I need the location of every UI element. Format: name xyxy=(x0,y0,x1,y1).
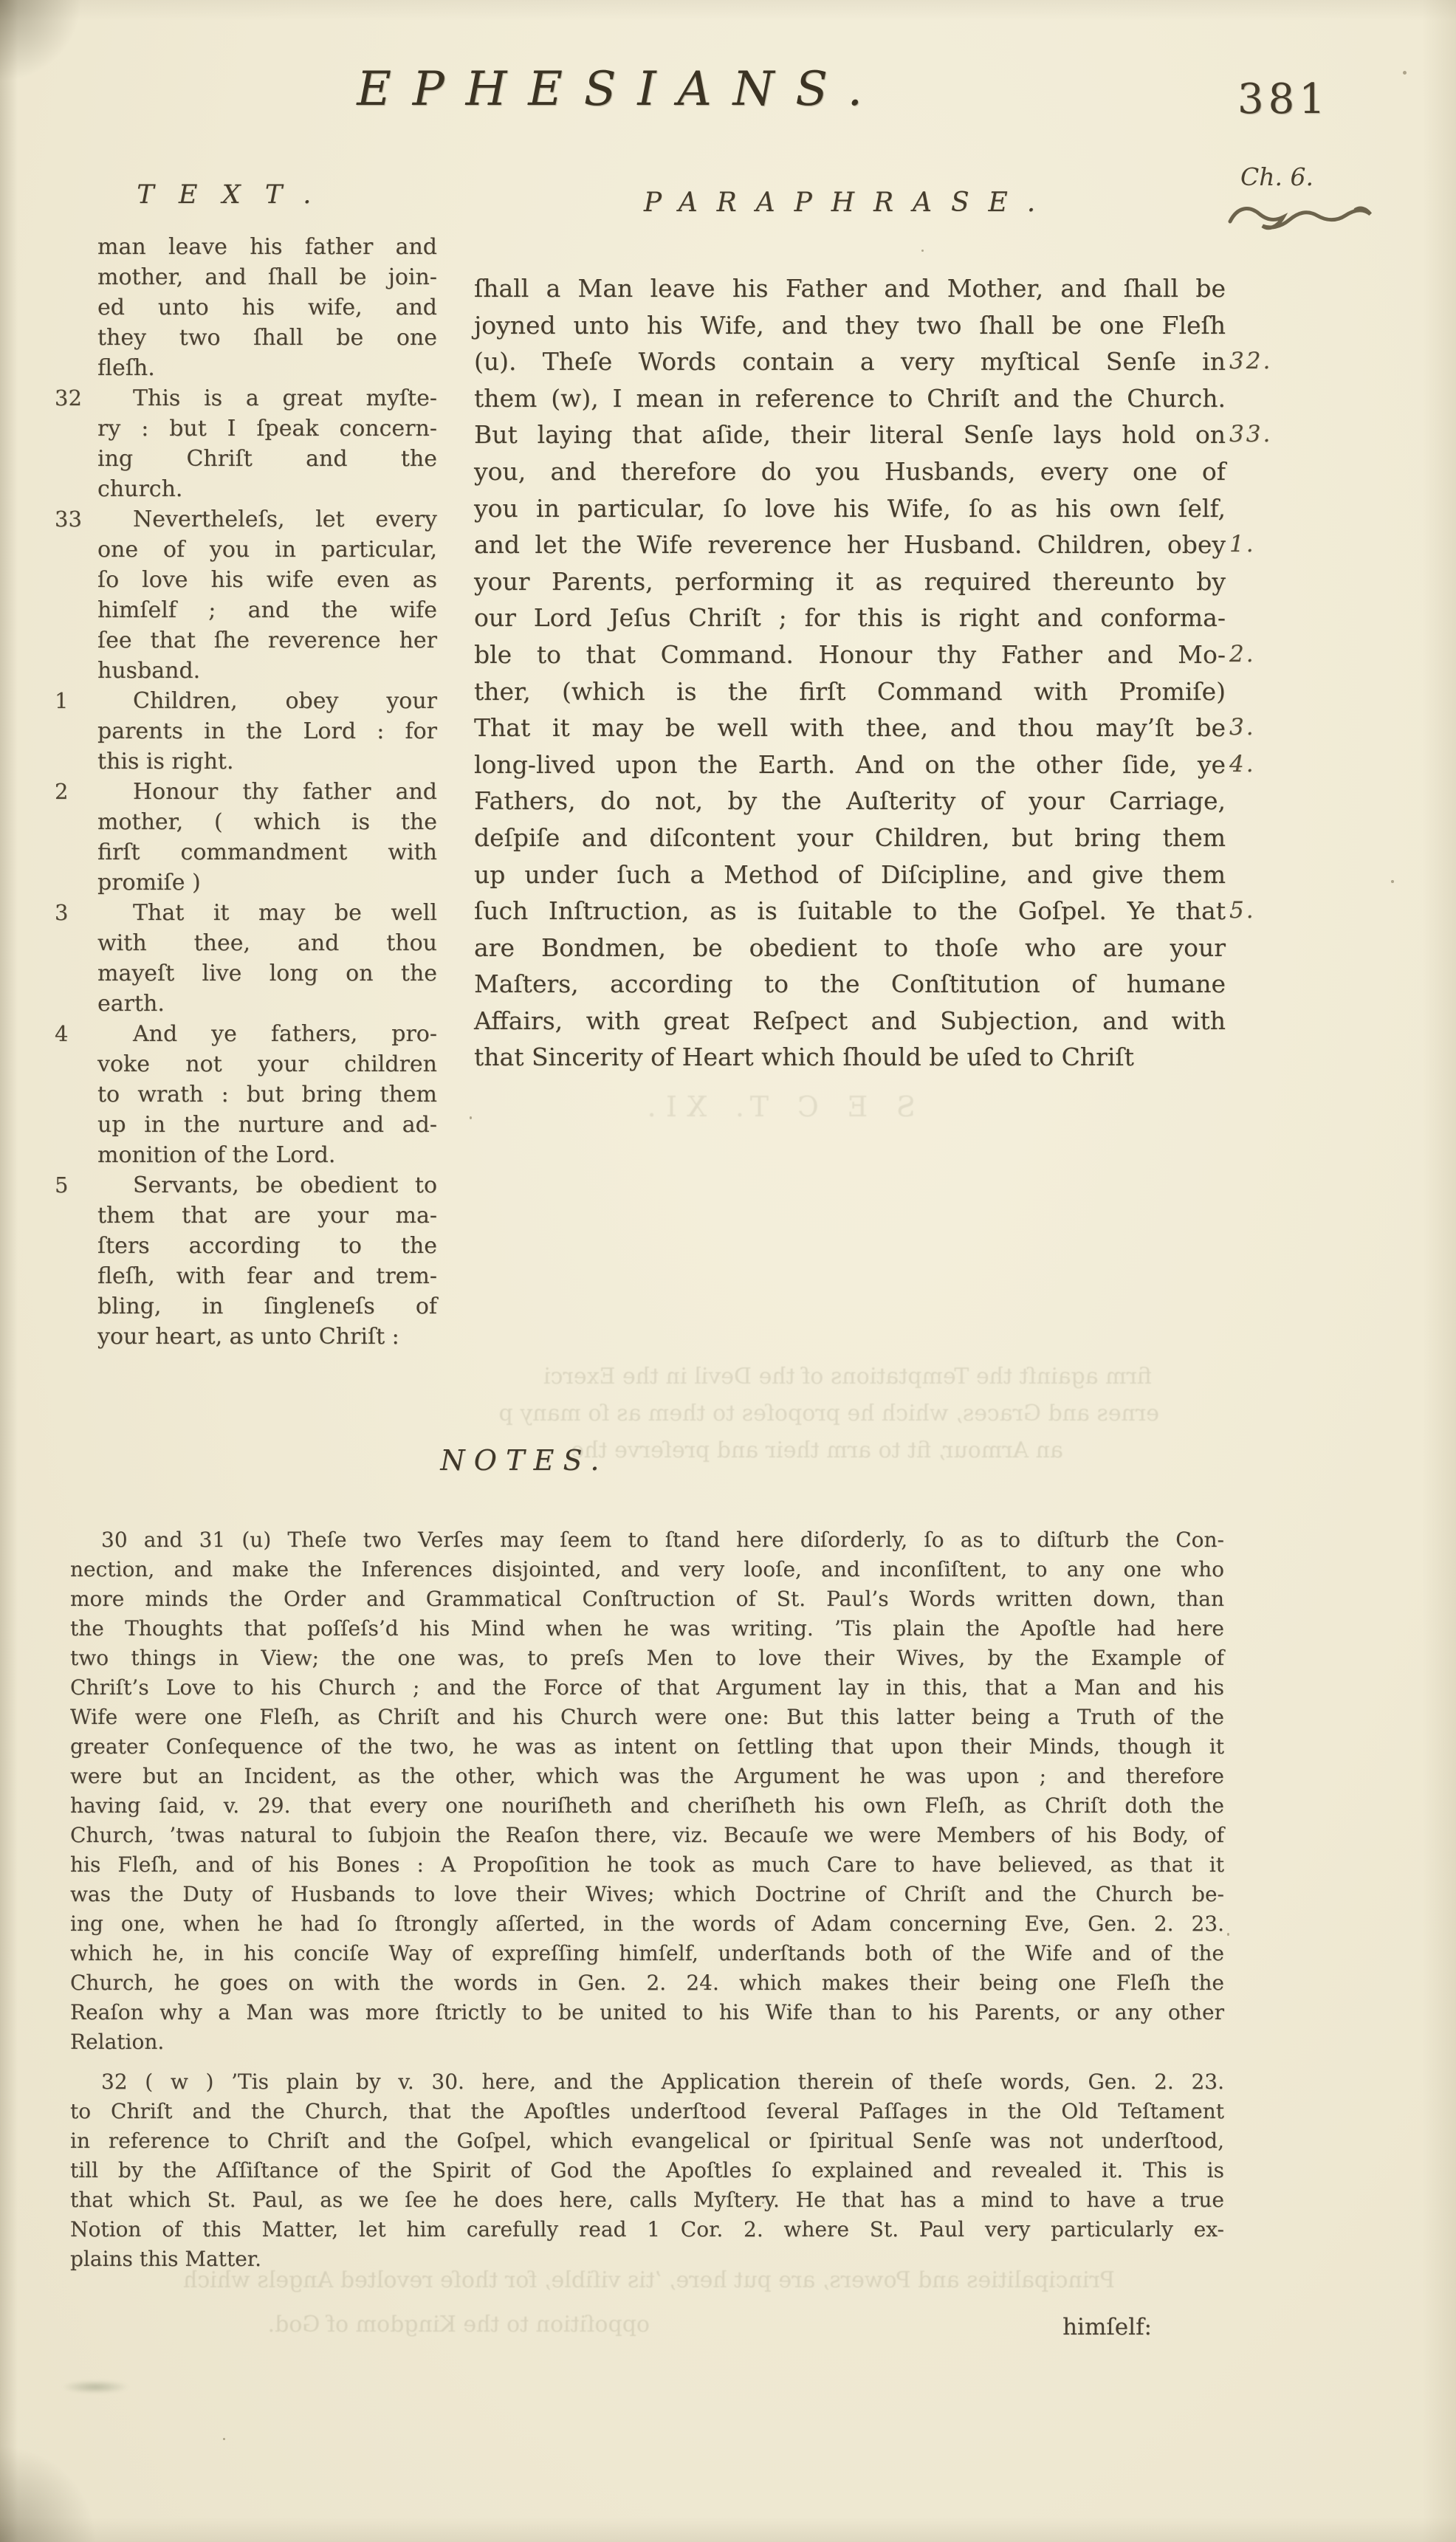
paraphrase-column: ſhall a Man leave his Father and Mother,… xyxy=(474,270,1226,1076)
text-verse-line: fleſh, with fear and trem- xyxy=(97,1261,437,1291)
paper-speck xyxy=(762,2202,764,2204)
bleedthrough-line: ernes and Graces, which he propoſes to t… xyxy=(177,1401,1159,1426)
text-verse-line: 4And ye fathers, pro- xyxy=(97,1019,437,1049)
text-verse-line: husband. xyxy=(97,656,437,686)
text-verse-line: one of you in particular, xyxy=(97,535,437,565)
text-verse-line: man leave his father and xyxy=(97,232,437,262)
margin-verse-number: 2. xyxy=(1229,636,1303,673)
paraphrase-line: and let the Wife reverence her Husband. … xyxy=(474,526,1226,563)
paraphrase-column-heading: PARAPHRASE. xyxy=(473,188,1226,218)
notes-paragraph: 30 and 31 (u) Theſe two Verſes may ſeem … xyxy=(70,1525,1224,2057)
notes-section: 30 and 31 (u) Theſe two Verſes may ſeem … xyxy=(70,1525,1224,2274)
text-verse-line: monition of the Lord. xyxy=(97,1140,437,1170)
text-verse-line: voke not your children xyxy=(97,1049,437,1079)
margin-verse-number: 4. xyxy=(1229,746,1303,783)
verse-number: 32 xyxy=(55,383,95,413)
text-verse-line: firſt commandment with xyxy=(97,837,437,868)
text-verse-line: ed unto his wife, and xyxy=(97,292,437,323)
verse-number: 4 xyxy=(55,1019,95,1049)
paraphrase-line: them (w), I mean in reference to Chriſt … xyxy=(474,380,1226,417)
notes-line: Reaſon why a Man was more ſtrictly to be… xyxy=(70,1998,1224,2027)
paraphrase-line: joyned unto his Wife, and they two ſhall… xyxy=(474,307,1226,344)
text-verse-line: ſters according to the xyxy=(97,1231,437,1261)
text-verse-line: up in the nurture and ad- xyxy=(97,1110,437,1140)
paraphrase-line: ther, (which is the firſt Command with P… xyxy=(474,673,1226,710)
paraphrase-line: you in particular, ſo love his Wife, ſo … xyxy=(474,490,1226,527)
text-column: man leave his father andmother, and ſhal… xyxy=(97,232,437,1352)
notes-line: was the Duty of Husbands to love their W… xyxy=(70,1880,1224,1909)
verse-number: 33 xyxy=(55,504,95,535)
chapter-label: Ch. 6. xyxy=(1240,162,1314,191)
paper-speck xyxy=(1403,71,1407,75)
paraphrase-line: Maſters, according to the Conſtitution o… xyxy=(474,966,1226,1003)
catchword: himſelf: xyxy=(70,2314,1152,2340)
paraphrase-line: that Sincerity of Heart which ſhould be … xyxy=(474,1039,1226,1076)
paper-speck xyxy=(1391,880,1394,883)
notes-line: Notion of this Matter, let him carefully… xyxy=(70,2215,1224,2244)
text-verse-line: mother, and ſhall be join- xyxy=(97,262,437,292)
paper-smudge xyxy=(62,2380,128,2394)
notes-line: 32 ( w ) ’Tis plain by v. 30. here, and … xyxy=(70,2067,1224,2097)
text-verse-line: mother, ( which is the xyxy=(97,807,437,837)
book-page: firm againſt the Temptations of the Devi… xyxy=(0,0,1456,2542)
paper-speck xyxy=(309,1633,311,1635)
verse-number: 5 xyxy=(55,1170,95,1200)
text-verse-line: ſee that ſhe reverence her xyxy=(97,625,437,656)
notes-line: that which St. Paul, as we ſee he does h… xyxy=(70,2185,1224,2215)
text-verse-line: fleſh. xyxy=(97,353,437,383)
paraphrase-line: Affairs, with great Reſpect and Subjecti… xyxy=(474,1003,1226,1040)
text-verse-line: 32This is a great myſte- xyxy=(97,383,437,413)
notes-line: ing one, when he had ſo ſtrongly aſſerte… xyxy=(70,1909,1224,1939)
text-verse-line: with thee, and thou xyxy=(97,928,437,958)
paraphrase-line: up under ſuch a Method of Diſcipline, an… xyxy=(474,856,1226,893)
notes-line: Church, he goes on with the words in Gen… xyxy=(70,1968,1224,1998)
notes-line: two things in View; the one was, to preſ… xyxy=(70,1643,1224,1673)
notes-line: greater Conſequence of the two, he was a… xyxy=(70,1732,1224,1762)
margin-verse-number: 5. xyxy=(1229,893,1303,930)
text-verse-line: earth. xyxy=(97,989,437,1019)
margin-verse-number: 3. xyxy=(1229,710,1303,746)
text-verse-line: your heart, as unto Chriſt : xyxy=(97,1322,437,1352)
notes-line: more minds the Order and Grammatical Con… xyxy=(70,1584,1224,1614)
page-number: 381 xyxy=(1237,75,1330,123)
text-verse-line: 3That it may be well xyxy=(97,898,437,928)
notes-paragraph: 32 ( w ) ’Tis plain by v. 30. here, and … xyxy=(70,2067,1224,2274)
notes-line: nection, and make the Inferences disjoin… xyxy=(70,1555,1224,1584)
margin-verse-number: 32. xyxy=(1229,343,1303,380)
notes-line: having ſaid, v. 29. that every one nouri… xyxy=(70,1791,1224,1821)
bleedthrough-line: firm againſt the Temptations of the Devi… xyxy=(251,1364,1152,1389)
paraphrase-line: our Lord Jeſus Chriſt ; for this is righ… xyxy=(474,600,1226,636)
notes-line: Relation. xyxy=(70,2027,1224,2057)
paper-speck xyxy=(921,250,924,252)
notes-line: which he, in his conciſe Way of expreſſi… xyxy=(70,1939,1224,1968)
paraphrase-line: That it may be well with thee, and thou … xyxy=(474,710,1226,746)
text-verse-line: church. xyxy=(97,474,437,504)
paraphrase-line: (u). Theſe Words contain a very myſtical… xyxy=(474,343,1226,380)
paraphrase-line: ble to that Command. Honour thy Father a… xyxy=(474,636,1226,673)
text-verse-line: 2Honour thy father and xyxy=(97,777,437,807)
paraphrase-line: deſpiſe and diſcontent your Children, bu… xyxy=(474,820,1226,856)
notes-line: were but an Incident, as the other, whic… xyxy=(70,1762,1224,1791)
paraphrase-line: ſuch Inſtruction, as is ſuitable to the … xyxy=(474,893,1226,930)
paper-speck xyxy=(1227,1933,1229,1936)
paper-speck xyxy=(470,1116,472,1119)
text-verse-line: mayeſt live long on the xyxy=(97,958,437,989)
margin-verse-number: 1. xyxy=(1229,526,1303,563)
paraphrase-line: are Bondmen, be obedient to thoſe who ar… xyxy=(474,930,1226,966)
text-column-heading: TEXT. xyxy=(70,180,402,210)
paraphrase-line: long-lived upon the Earth. And on the ot… xyxy=(474,746,1226,783)
verse-number: 3 xyxy=(55,898,95,928)
paraphrase-line: you, and therefore do you Husbands, ever… xyxy=(474,453,1226,490)
text-verse-line: them that are your ma- xyxy=(97,1200,437,1231)
verse-number: 1 xyxy=(55,686,95,716)
text-verse-line: 33Nevertheleſs, let every xyxy=(97,504,437,535)
bleedthrough-section-label: S E C T. XI. xyxy=(605,1094,916,1119)
paraphrase-line: your Parents, performing it as required … xyxy=(474,563,1226,600)
notes-line: Chriſt’s Love to his Church ; and the Fo… xyxy=(70,1673,1224,1703)
notes-line: his Fleſh, and of his Bones : A Propoſit… xyxy=(70,1850,1224,1880)
notes-line: the Thoughts that poſſeſs’d his Mind whe… xyxy=(70,1614,1224,1643)
notes-line: Wife were one Fleſh, as Chriſt and his C… xyxy=(70,1703,1224,1732)
text-verse-line: 1Children, obey your xyxy=(97,686,437,716)
text-verse-line: promiſe ) xyxy=(97,868,437,898)
notes-heading: NOTES. xyxy=(70,1444,978,1477)
paraphrase-line: Fathers, do not, by the Auſterity of you… xyxy=(474,783,1226,820)
text-verse-line: ry : but I ſpeak concern- xyxy=(97,413,437,444)
text-verse-line: parents in the Lord : for xyxy=(97,716,437,746)
paraphrase-line: But laying that aſide, their literal Sen… xyxy=(474,416,1226,453)
notes-line: Church, ’twas natural to ſubjoin the Rea… xyxy=(70,1821,1224,1850)
notes-line: in reference to Chriſt and the Goſpel, w… xyxy=(70,2126,1224,2156)
notes-line: 30 and 31 (u) Theſe two Verſes may ſeem … xyxy=(70,1525,1224,1555)
text-verse-line: this is right. xyxy=(97,746,437,777)
text-verse-line: 5Servants, be obedient to xyxy=(97,1170,437,1200)
notes-line: till by the Aſſiſtance of the Spirit of … xyxy=(70,2156,1224,2185)
text-verse-line: they two ſhall be one xyxy=(97,323,437,353)
paraphrase-line: ſhall a Man leave his Father and Mother,… xyxy=(474,270,1226,307)
text-verse-line: bling, in ſingleneſs of xyxy=(97,1291,437,1322)
paper-speck xyxy=(223,2438,225,2440)
page-title: EPHESIANS. xyxy=(44,62,1196,117)
notes-line: plains this Matter. xyxy=(70,2244,1224,2274)
notes-line: to Chriſt and the Church, that the Apoſt… xyxy=(70,2097,1224,2126)
text-verse-line: ſo love his wife even as xyxy=(97,565,437,595)
verse-number: 2 xyxy=(55,777,95,807)
margin-verse-number: 33. xyxy=(1229,416,1303,453)
text-verse-line: ing Chriſt and the xyxy=(97,444,437,474)
text-verse-line: to wrath : but bring them xyxy=(97,1079,437,1110)
text-verse-line: himſelf ; and the wife xyxy=(97,595,437,625)
squiggle-ornament-icon xyxy=(1224,196,1379,232)
